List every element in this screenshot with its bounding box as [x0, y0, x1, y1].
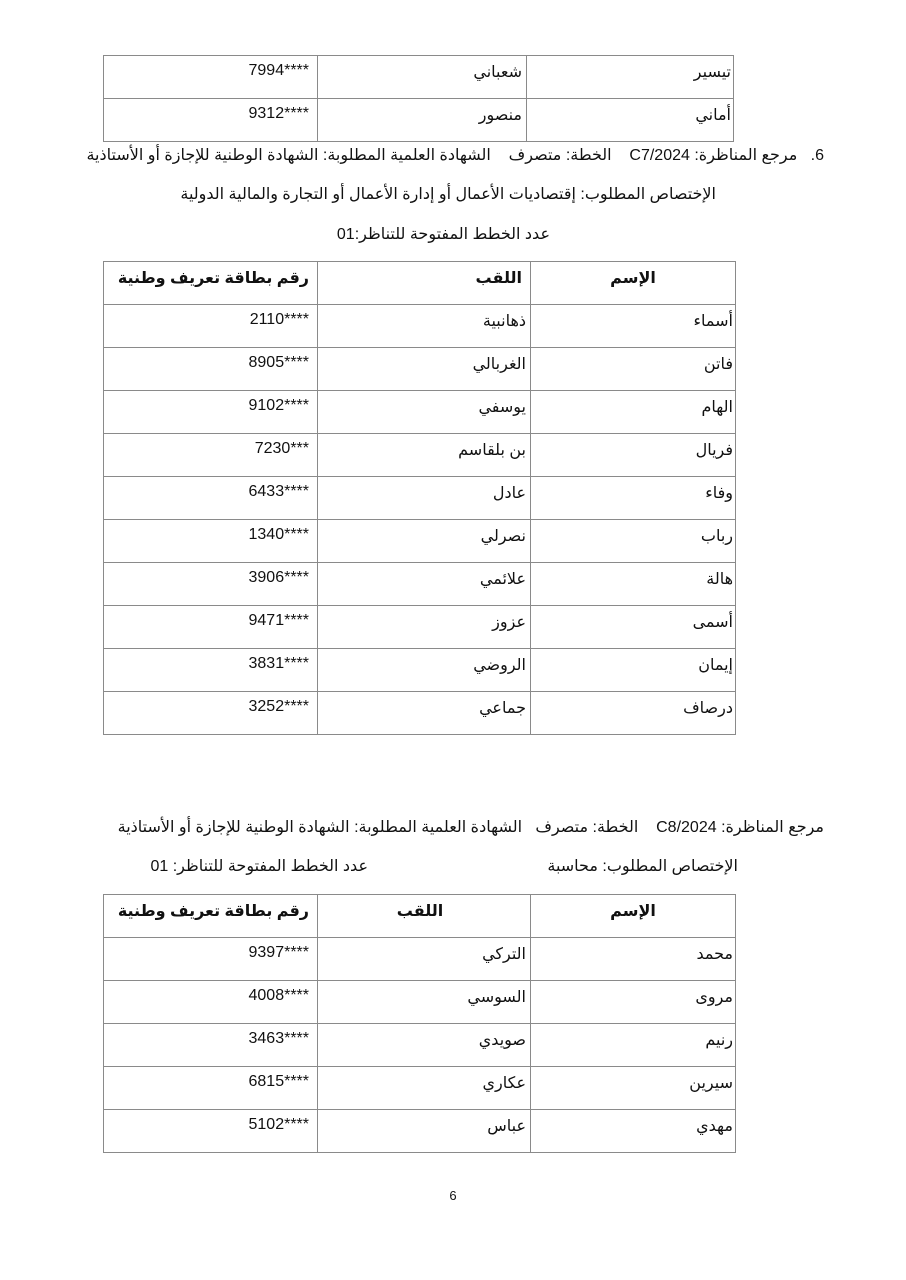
- plan-value: متصرف: [535, 819, 588, 836]
- cell-name: تيسير: [527, 56, 734, 99]
- section7-open-plans: عدد الخطط المفتوحة للتناظر: 01: [150, 856, 368, 876]
- table-continued: تيسير شعباني 7994**** أماني منصور 9312**…: [103, 55, 734, 142]
- table-row: أسمىعزوز9471****: [104, 606, 736, 649]
- cell-name: مروى: [531, 981, 736, 1024]
- ref-code: C8/2024: [656, 819, 717, 836]
- section-number: 6.: [811, 147, 824, 164]
- cell-id: 7230***: [104, 434, 318, 477]
- cell-surname: ذهانبية: [318, 305, 531, 348]
- table-row: أسماءذهانبية2110****: [104, 305, 736, 348]
- degree-label: الشهادة العلمية المطلوبة:: [354, 819, 522, 836]
- cell-name: مهدي: [531, 1110, 736, 1153]
- header-id: رقم بطاقة تعريف وطنية: [104, 895, 318, 938]
- cell-id: 6815****: [104, 1067, 318, 1110]
- cell-name: رنيم: [531, 1024, 736, 1067]
- cell-surname: يوسفي: [318, 391, 531, 434]
- cell-id: 3831****: [104, 649, 318, 692]
- cell-id: 9471****: [104, 606, 318, 649]
- cell-id: 5102****: [104, 1110, 318, 1153]
- ref-label: مرجع المناظرة:: [721, 819, 824, 836]
- cell-id: 2110****: [104, 305, 318, 348]
- specialty-label: الإختصاص المطلوب:: [602, 858, 738, 875]
- cell-surname: نصرلي: [318, 520, 531, 563]
- cell-surname: الغربالي: [318, 348, 531, 391]
- degree-label: الشهادة العلمية المطلوبة:: [323, 147, 491, 164]
- section6-open-plans-line: عدد الخطط المفتوحة للتناظر:01: [337, 224, 550, 244]
- cell-surname: السوسي: [318, 981, 531, 1024]
- plan-value: متصرف: [509, 147, 562, 164]
- cell-id: 1340****: [104, 520, 318, 563]
- cell-id: 9312****: [104, 99, 318, 142]
- table-row: فريالبن بلقاسم7230***: [104, 434, 736, 477]
- cell-surname: عادل: [318, 477, 531, 520]
- specialty-value: محاسبة: [547, 858, 598, 875]
- cell-name: أسمى: [531, 606, 736, 649]
- section7-specialty: الإختصاص المطلوب: محاسبة: [547, 856, 738, 876]
- cell-name: فريال: [531, 434, 736, 477]
- ref-code: C7/2024: [629, 147, 690, 164]
- plan-label: الخطة:: [566, 147, 612, 164]
- degree-value: الشهادة الوطنية للإجازة أو الأستاذية: [86, 147, 318, 164]
- cell-name: محمد: [531, 938, 736, 981]
- cell-name: أسماء: [531, 305, 736, 348]
- header-surname: اللقب: [318, 262, 531, 305]
- cell-id: 3252****: [104, 692, 318, 735]
- section6-candidates-table: الإسم اللقب رقم بطاقة تعريف وطنية أسماءذ…: [103, 261, 736, 735]
- cell-id: 6433****: [104, 477, 318, 520]
- cell-surname: جماعي: [318, 692, 531, 735]
- specialty-value: إقتصاديات الأعمال أو إدارة الأعمال أو ال…: [180, 186, 576, 203]
- cell-surname: التركي: [318, 938, 531, 981]
- header-surname: اللقب: [318, 895, 531, 938]
- table-row: إيمانالروضي3831****: [104, 649, 736, 692]
- table-row: مهديعباس5102****: [104, 1110, 736, 1153]
- cell-surname: علائمي: [318, 563, 531, 606]
- cell-surname: شعباني: [318, 56, 527, 99]
- section6-reference-line: 6. مرجع المناظرة: C7/2024 الخطة: متصرف ا…: [86, 145, 824, 165]
- table-row: تيسير شعباني 7994****: [104, 56, 734, 99]
- cell-name: وفاء: [531, 477, 736, 520]
- cell-surname: صويدي: [318, 1024, 531, 1067]
- table-header-row: الإسم اللقب رقم بطاقة تعريف وطنية: [104, 895, 736, 938]
- section7-reference-line: مرجع المناظرة: C8/2024 الخطة: متصرف الشه…: [118, 817, 824, 837]
- cell-surname: بن بلقاسم: [318, 434, 531, 477]
- table-row: محمدالتركي9397****: [104, 938, 736, 981]
- open-plans-value: 01: [150, 858, 168, 875]
- cell-surname: الروضي: [318, 649, 531, 692]
- cell-id: 8905****: [104, 348, 318, 391]
- cell-id: 3463****: [104, 1024, 318, 1067]
- table-row: رنيمصويدي3463****: [104, 1024, 736, 1067]
- table-row: هالةعلائمي3906****: [104, 563, 736, 606]
- cell-id: 4008****: [104, 981, 318, 1024]
- cell-name: فاتن: [531, 348, 736, 391]
- section7-candidates-table: الإسم اللقب رقم بطاقة تعريف وطنية محمدال…: [103, 894, 736, 1153]
- header-name: الإسم: [531, 895, 736, 938]
- cell-id: 9102****: [104, 391, 318, 434]
- degree-value: الشهادة الوطنية للإجازة أو الأستاذية: [118, 819, 350, 836]
- cell-name: الهام: [531, 391, 736, 434]
- table-row: درصافجماعي3252****: [104, 692, 736, 735]
- table-row: فاتنالغربالي8905****: [104, 348, 736, 391]
- cell-name: رباب: [531, 520, 736, 563]
- table-row: وفاءعادل6433****: [104, 477, 736, 520]
- header-name: الإسم: [531, 262, 736, 305]
- header-id: رقم بطاقة تعريف وطنية: [104, 262, 318, 305]
- cell-name: أماني: [527, 99, 734, 142]
- cell-name: درصاف: [531, 692, 736, 735]
- cell-name: هالة: [531, 563, 736, 606]
- cell-id: 3906****: [104, 563, 318, 606]
- cell-id: 9397****: [104, 938, 318, 981]
- open-plans-label: عدد الخطط المفتوحة للتناظر:: [173, 858, 368, 875]
- page-number: 6: [0, 1188, 906, 1203]
- ref-label: مرجع المناظرة:: [694, 147, 797, 164]
- table-row: مروىالسوسي4008****: [104, 981, 736, 1024]
- table-row: الهاميوسفي9102****: [104, 391, 736, 434]
- cell-surname: منصور: [318, 99, 527, 142]
- table-row: ربابنصرلي1340****: [104, 520, 736, 563]
- cell-surname: عكاري: [318, 1067, 531, 1110]
- plan-label: الخطة:: [593, 819, 639, 836]
- cell-surname: عزوز: [318, 606, 531, 649]
- cell-id: 7994****: [104, 56, 318, 99]
- cell-surname: عباس: [318, 1110, 531, 1153]
- table-header-row: الإسم اللقب رقم بطاقة تعريف وطنية: [104, 262, 736, 305]
- section6-specialty-line: الإختصاص المطلوب: إقتصاديات الأعمال أو إ…: [180, 184, 716, 204]
- open-plans-label: عدد الخطط المفتوحة للتناظر:: [355, 226, 550, 243]
- cell-name: إيمان: [531, 649, 736, 692]
- table-row: أماني منصور 9312****: [104, 99, 734, 142]
- cell-name: سيرين: [531, 1067, 736, 1110]
- open-plans-value: 01: [337, 226, 355, 243]
- specialty-label: الإختصاص المطلوب:: [580, 186, 716, 203]
- table-row: سيرينعكاري6815****: [104, 1067, 736, 1110]
